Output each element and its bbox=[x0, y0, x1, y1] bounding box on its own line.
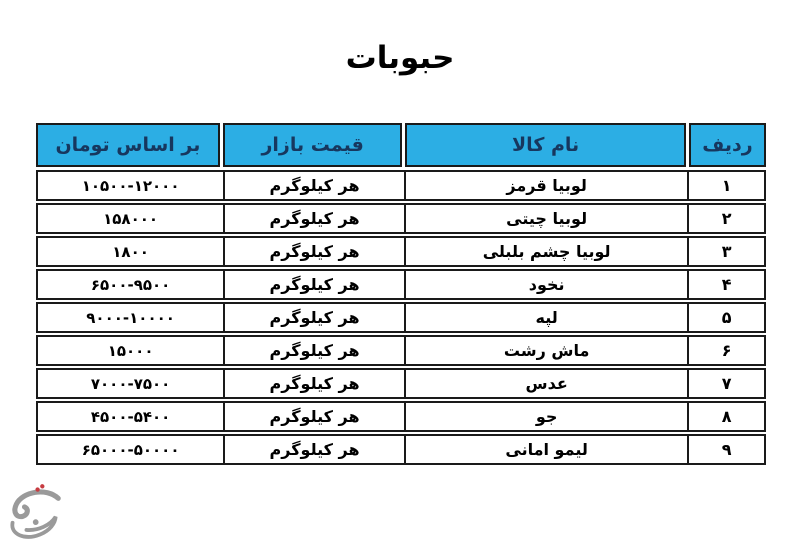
page-title: حبوبات bbox=[0, 40, 800, 76]
unit-cell: هر کیلوگرم bbox=[223, 304, 404, 331]
table-row: ۲ لوبیا چیتی هر کیلوگرم ۱۵۸۰۰۰ bbox=[36, 203, 766, 234]
legumes-price-table: ردیف نام کالا قیمت بازار بر اساس تومان ۱… bbox=[36, 123, 766, 467]
unit-cell: هر کیلوگرم bbox=[223, 337, 404, 364]
unit-cell: هر کیلوگرم bbox=[223, 436, 404, 463]
row-number-cell: ۱ bbox=[687, 172, 764, 199]
item-name-cell: لوبیا چیتی bbox=[404, 205, 687, 232]
row-number-cell: ۳ bbox=[687, 238, 764, 265]
price-cell: ۱۵۰۰۰ bbox=[38, 337, 223, 364]
price-cell: ۶۵۰۰-۹۵۰۰ bbox=[38, 271, 223, 298]
price-cell: ۱۰۵۰۰-۱۲۰۰۰ bbox=[38, 172, 223, 199]
item-name-cell: نخود bbox=[404, 271, 687, 298]
table-row: ۱ لوبیا قرمز هر کیلوگرم ۱۰۵۰۰-۱۲۰۰۰ bbox=[36, 170, 766, 201]
item-name-cell: لوبیا چشم بلبلی bbox=[404, 238, 687, 265]
row-number-cell: ۲ bbox=[687, 205, 764, 232]
item-name-cell: لیمو امانی bbox=[404, 436, 687, 463]
item-name-cell: لپه bbox=[404, 304, 687, 331]
price-cell: ۶۵۰۰۰-۵۰۰۰۰ bbox=[38, 436, 223, 463]
unit-cell: هر کیلوگرم bbox=[223, 172, 404, 199]
table-row: ۸ جو هر کیلوگرم ۴۵۰۰-۵۴۰۰ bbox=[36, 401, 766, 432]
table-row: ۵ لپه هر کیلوگرم ۹۰۰۰-۱۰۰۰۰ bbox=[36, 302, 766, 333]
price-cell: ۱۵۸۰۰۰ bbox=[38, 205, 223, 232]
header-market-price: قیمت بازار bbox=[223, 123, 403, 167]
unit-cell: هر کیلوگرم bbox=[223, 271, 404, 298]
unit-cell: هر کیلوگرم bbox=[223, 403, 404, 430]
table-row: ۹ لیمو امانی هر کیلوگرم ۶۵۰۰۰-۵۰۰۰۰ bbox=[36, 434, 766, 465]
unit-cell: هر کیلوگرم bbox=[223, 370, 404, 397]
unit-cell: هر کیلوگرم bbox=[223, 205, 404, 232]
header-row-number: ردیف bbox=[689, 123, 766, 167]
item-name-cell: لوبیا قرمز bbox=[404, 172, 687, 199]
row-number-cell: ۷ bbox=[687, 370, 764, 397]
table-row: ۴ نخود هر کیلوگرم ۶۵۰۰-۹۵۰۰ bbox=[36, 269, 766, 300]
item-name-cell: ماش رشت bbox=[404, 337, 687, 364]
price-cell: ۴۵۰۰-۵۴۰۰ bbox=[38, 403, 223, 430]
item-name-cell: عدس bbox=[404, 370, 687, 397]
table-row: ۶ ماش رشت هر کیلوگرم ۱۵۰۰۰ bbox=[36, 335, 766, 366]
unit-cell: هر کیلوگرم bbox=[223, 238, 404, 265]
table-row: ۳ لوبیا چشم بلبلی هر کیلوگرم ۱۸۰۰ bbox=[36, 236, 766, 267]
price-cell: ۷۰۰۰-۷۵۰۰ bbox=[38, 370, 223, 397]
row-number-cell: ۴ bbox=[687, 271, 764, 298]
price-cell: ۹۰۰۰-۱۰۰۰۰ bbox=[38, 304, 223, 331]
table-row: ۷ عدس هر کیلوگرم ۷۰۰۰-۷۵۰۰ bbox=[36, 368, 766, 399]
table-header-row: ردیف نام کالا قیمت بازار بر اساس تومان bbox=[36, 123, 766, 167]
price-cell: ۱۸۰۰ bbox=[38, 238, 223, 265]
row-number-cell: ۵ bbox=[687, 304, 764, 331]
row-number-cell: ۹ bbox=[687, 436, 764, 463]
header-toman-basis: بر اساس تومان bbox=[36, 123, 220, 167]
header-item-name: نام کالا bbox=[405, 123, 685, 167]
tasnim-logo-icon bbox=[0, 475, 73, 555]
row-number-cell: ۶ bbox=[687, 337, 764, 364]
row-number-cell: ۸ bbox=[687, 403, 764, 430]
item-name-cell: جو bbox=[404, 403, 687, 430]
